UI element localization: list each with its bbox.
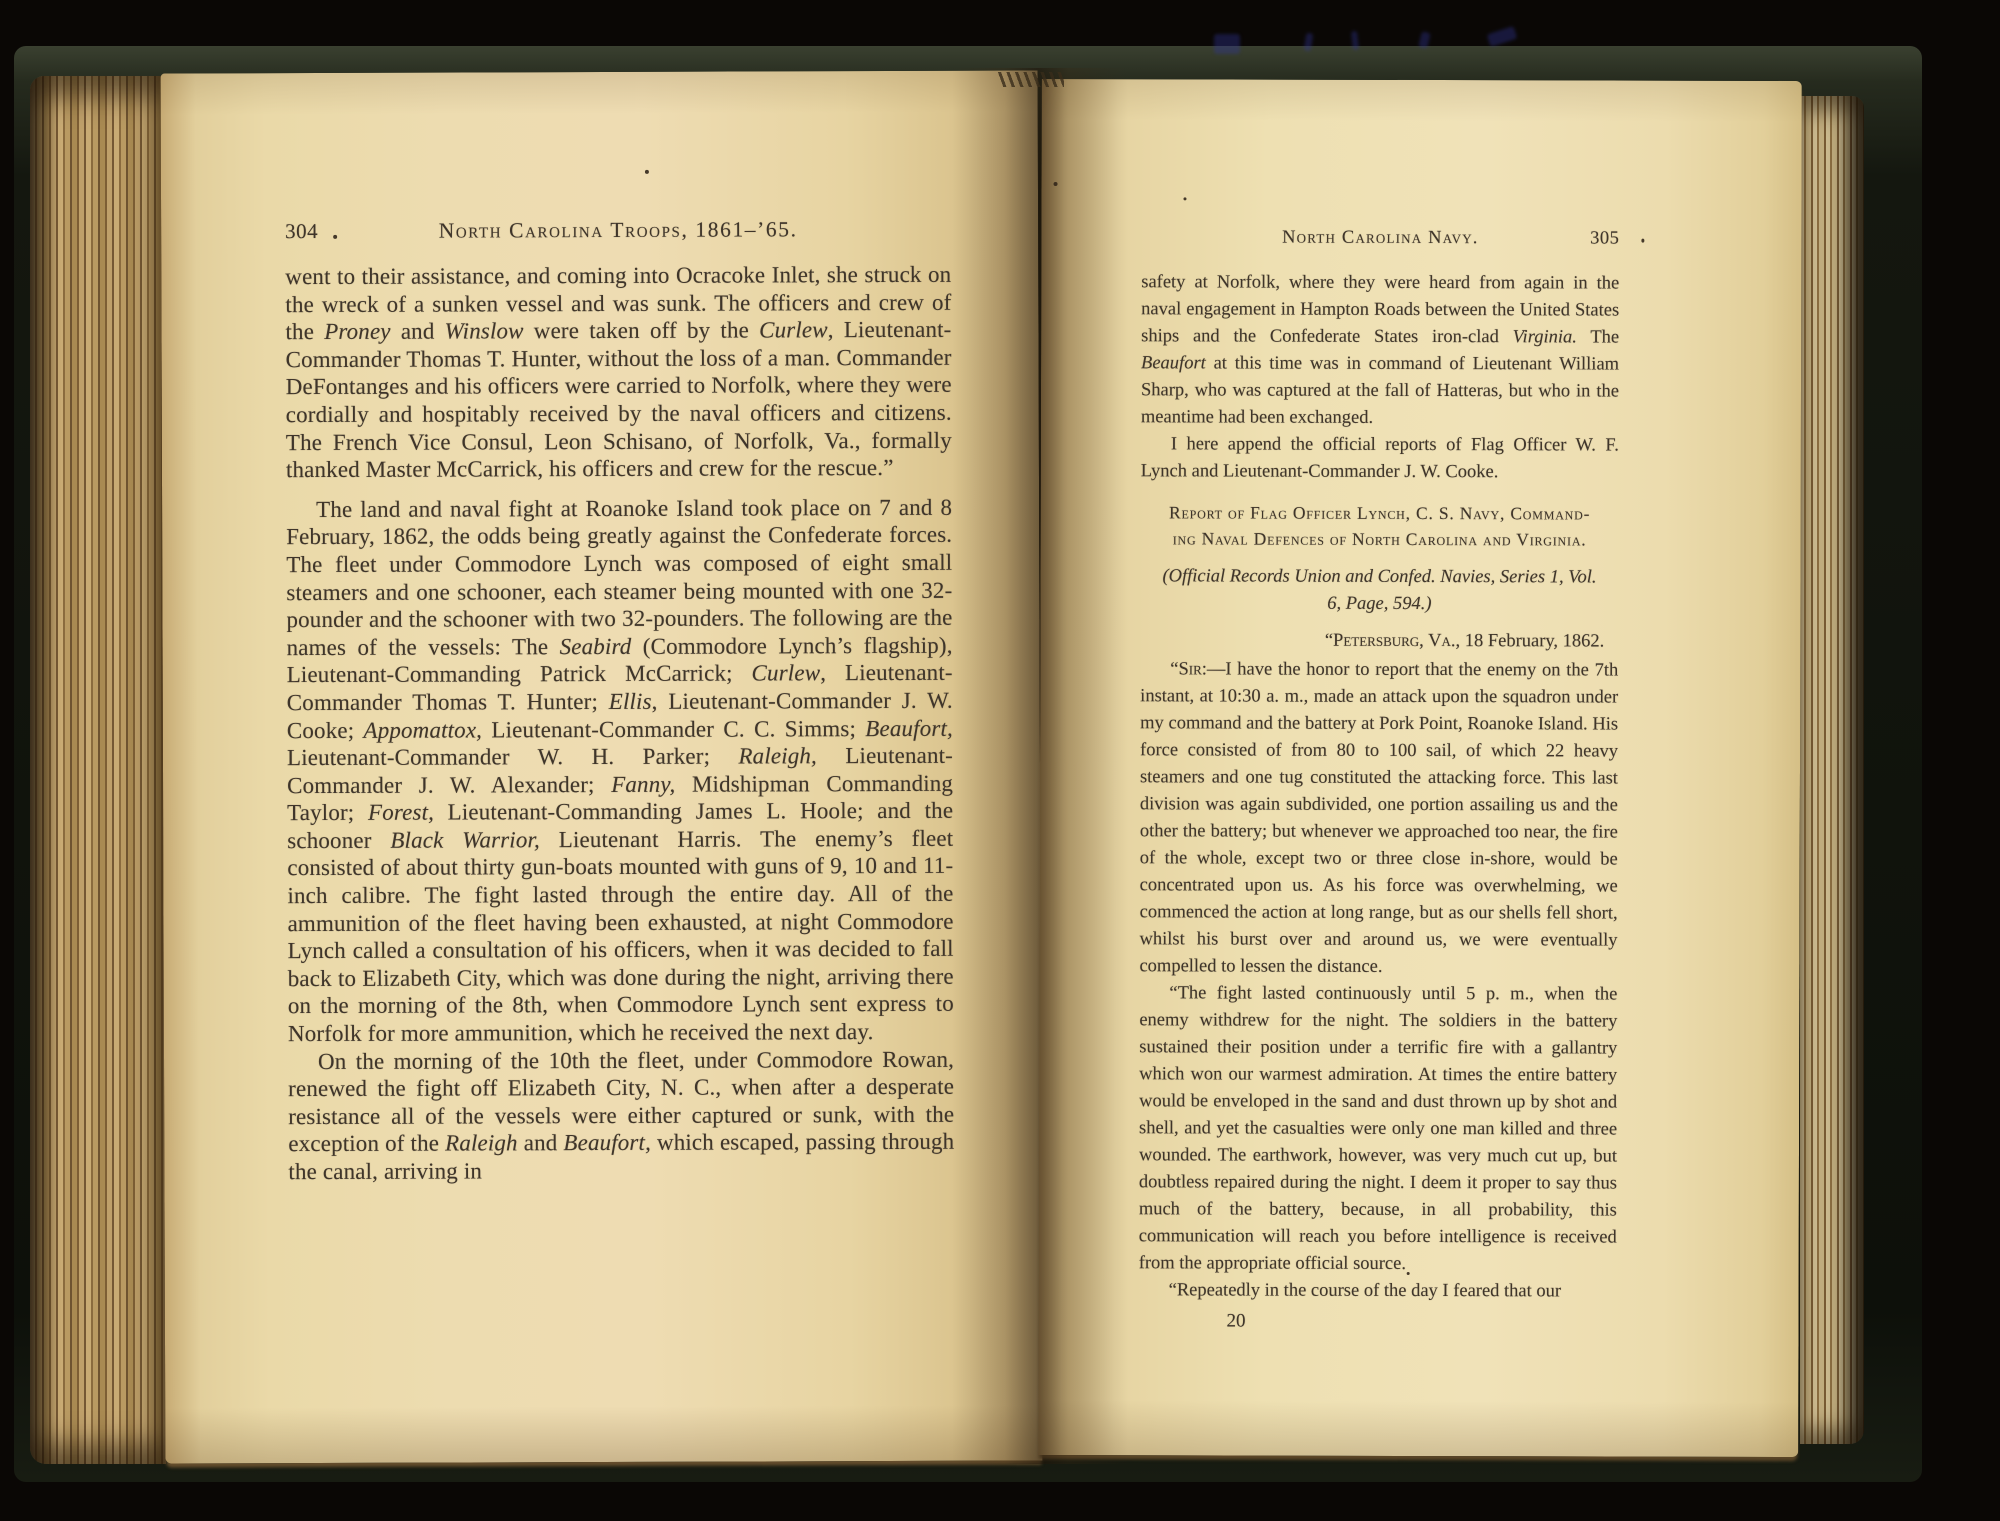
- body-paragraph: safety at Norfolk, where they were heard…: [1141, 269, 1619, 432]
- report-dateline: “Petersburg, Va., 18 February, 1862.: [1140, 627, 1618, 655]
- text-run: Beaufort,: [865, 715, 953, 740]
- left-page-number: 304: [285, 219, 318, 244]
- text-run: Beaufort: [1141, 353, 1206, 373]
- blue-ink-stroke: [1351, 31, 1359, 51]
- text-run: Curlew: [751, 661, 820, 686]
- report-heading-line: ing Naval Defences of North Carolina and…: [1141, 525, 1619, 552]
- right-page: North Carolina Navy. 305 safety at Norfo…: [1038, 79, 1802, 1457]
- body-paragraph: On the morning of the 10th the fleet, un…: [288, 1045, 954, 1185]
- text-run: Appomattox,: [363, 717, 482, 742]
- text-run: Raleigh,: [738, 743, 817, 768]
- text-run: :—I have the honor to report that the en…: [1139, 659, 1618, 976]
- source-citation-line: 6, Page, 594.): [1140, 590, 1618, 618]
- body-paragraph: “The fight lasted continuously until 5 p…: [1139, 980, 1618, 1278]
- text-run: Ellis: [609, 689, 652, 714]
- text-run: Lieutenant-Commander W. H. Parker;: [287, 744, 739, 771]
- body-paragraph: “Repeatedly in the course of the day I f…: [1139, 1277, 1617, 1305]
- ink-speck: [1183, 197, 1186, 200]
- text-run: Fanny,: [611, 771, 675, 796]
- text-run: Petersburg, Va.,: [1333, 631, 1460, 651]
- signature-mark: 20: [1227, 1310, 1617, 1333]
- ink-speck: [1407, 1272, 1410, 1275]
- text-run: Beaufort,: [563, 1130, 651, 1155]
- right-running-title: North Carolina Navy.: [1141, 227, 1619, 249]
- left-running-title: North Carolina Troops, 1861–’65.: [285, 217, 951, 244]
- text-run: 18 February, 1862.: [1460, 631, 1604, 651]
- source-citation-line: (Official Records Union and Confed. Navi…: [1140, 563, 1618, 591]
- body-paragraph: “Sir:—I have the honor to report that th…: [1139, 656, 1618, 981]
- text-run: Forest,: [368, 800, 434, 825]
- text-run: Seabird: [560, 634, 632, 659]
- text-run: Curlew: [759, 317, 828, 342]
- text-run: at this time was in command of Lieutenan…: [1141, 353, 1619, 427]
- source-citation: (Official Records Union and Confed. Navi…: [1140, 563, 1618, 618]
- book-scan-canvas: 304 North Carolina Troops, 1861–’65. wen…: [0, 0, 2000, 1521]
- body-paragraph: went to their assistance, and coming int…: [285, 261, 952, 484]
- right-page-text-column: North Carolina Navy. 305 safety at Norfo…: [1139, 227, 1620, 1333]
- body-paragraph: The land and naval fight at Roanoke Isla…: [286, 494, 954, 1048]
- report-heading: Report of Flag Officer Lynch, C. S. Navy…: [1141, 499, 1619, 552]
- right-page-number: 305: [1590, 228, 1619, 249]
- report-heading-line: Report of Flag Officer Lynch, C. S. Navy…: [1141, 499, 1619, 526]
- left-page-text-column: 304 North Carolina Troops, 1861–’65. wen…: [285, 217, 954, 1186]
- blue-ink-stroke: [1487, 26, 1518, 47]
- text-run: “The fight lasted continuously until 5 p…: [1139, 983, 1618, 1274]
- text-run: “Repeatedly in the course of the day I f…: [1169, 1280, 1562, 1301]
- ink-speck: [1054, 182, 1058, 186]
- left-page: 304 North Carolina Troops, 1861–’65. wen…: [161, 70, 1043, 1463]
- ink-speck: [333, 235, 337, 239]
- text-run: Black Warrior,: [390, 827, 540, 853]
- text-run: Raleigh: [445, 1131, 518, 1156]
- body-paragraph: I here append the official reports of Fl…: [1141, 431, 1619, 486]
- left-running-header: 304 North Carolina Troops, 1861–’65.: [285, 217, 951, 247]
- text-run: The: [1577, 327, 1619, 347]
- text-run: Proney: [324, 319, 391, 344]
- page-edges-left: [30, 76, 166, 1464]
- text-run: “: [1325, 631, 1333, 651]
- text-run: Lieutenant-Commander C. C. Simms;: [482, 716, 865, 742]
- blue-ink-smudge: [1214, 34, 1240, 54]
- right-running-header: North Carolina Navy. 305: [1141, 227, 1619, 252]
- text-run: Virginia.: [1513, 327, 1577, 347]
- ink-speck: [645, 170, 649, 174]
- ink-speck: [1641, 239, 1644, 243]
- text-run: were taken off by the: [524, 318, 760, 344]
- page-edges-right: [1800, 96, 1864, 1444]
- text-run: and: [391, 319, 445, 344]
- text-run: Lieutenant Harris. The enemy’s fleet con…: [287, 826, 954, 1046]
- text-run: Winslow: [445, 318, 524, 343]
- text-run: I here append the official reports of Fl…: [1141, 434, 1619, 482]
- text-run: and: [518, 1131, 564, 1156]
- text-run: Sir: [1178, 659, 1201, 679]
